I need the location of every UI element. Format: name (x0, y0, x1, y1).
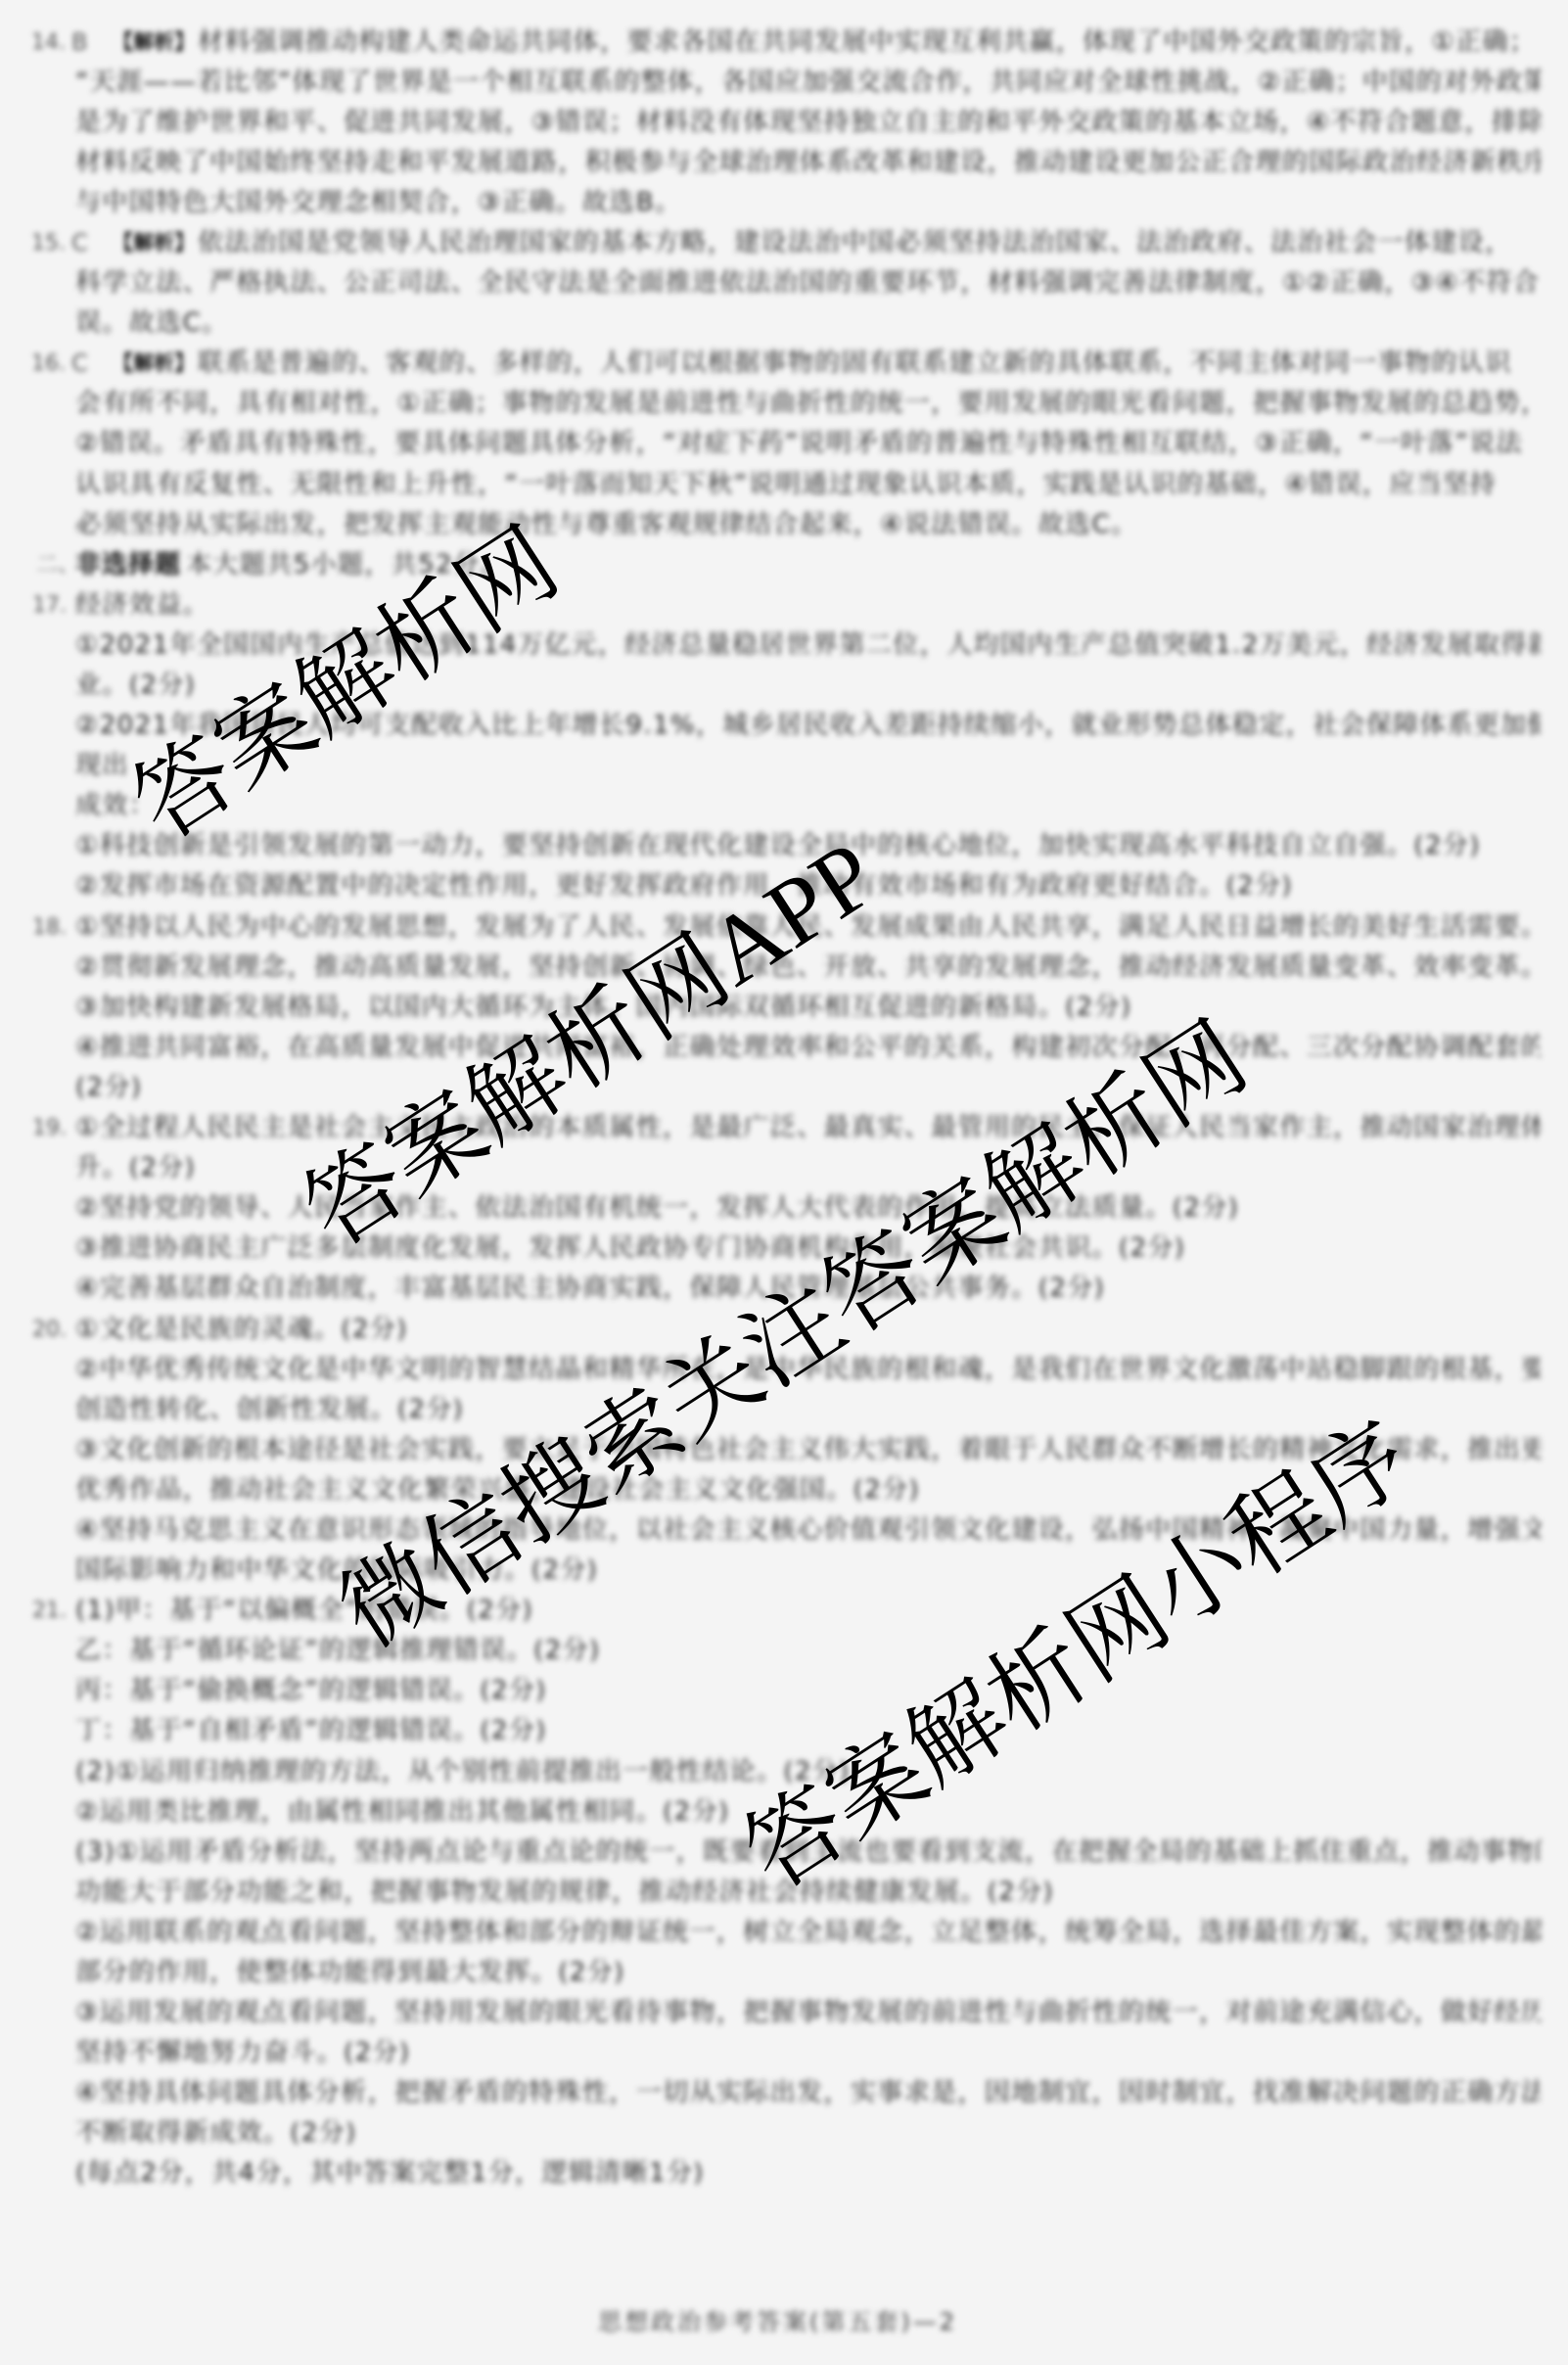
answer-line-q17: 17.经济效益。 (0, 585, 1568, 626)
answer-line-q20: 20.①文化是民族的灵魂。(2分) (0, 1310, 1568, 1350)
line-text: (每点2分，共4分，其中答案完整1分，逻辑清晰1分) (75, 2154, 705, 2194)
answer-line: (每点2分，共4分，其中答案完整1分，逻辑清晰1分) (0, 2154, 1568, 2194)
answer-line: 误。故选C。 (0, 303, 1568, 344)
line-text: (1)甲：基于“以偏概全”的错误。(2分) (75, 1591, 533, 1631)
line-text: ③推进协商民主广泛多层制度化发展，发挥人民政协专门协商机构作用，凝聚社会共识。(… (75, 1229, 1185, 1269)
line-text: 业。(2分) (75, 666, 196, 706)
answer-line: 科学立法、严格执法、公正司法、全民守法是全面推进依法治国的重要环节，材料强调完善… (0, 263, 1568, 303)
line-text: ②错误。矛盾具有特殊性，要具体问题具体分析，“对症下药”说明矛盾的普遍性与特殊性… (75, 424, 1541, 464)
answer-line: 是为了维护世界和平、促进共同发展，③错误；材料没有体现坚持独立自主的和平外交政策… (0, 103, 1568, 143)
line-text: ④坚持马克思主义在意识形态领域的指导地位，以社会主义核心价值观引领文化建设，弘扬… (75, 1510, 1541, 1551)
line-text: 优秀作品，推动社会主义文化繁荣兴盛，建设社会主义文化强国。(2分) (75, 1470, 920, 1510)
analysis-tag: 【解析】 (113, 223, 195, 263)
line-text: 会有所不同，具有相对性，①正确；事物的发展是前进性与曲折性的统一，要用发展的眼光… (75, 384, 1541, 424)
question-number: 14. (31, 23, 66, 63)
answer-lines: 14.B【解析】材料强调推动构建人类命运共同体，要求各国在共同发展中实现互利共赢… (0, 23, 1568, 2195)
line-text: ④完善基层群众自治制度，丰富基层民主协商实践，保障人民管理基层公共事务。(2分) (75, 1269, 1105, 1309)
question-number: 16. (31, 344, 66, 384)
answer-line: 丙：基于“偷换概念”的逻辑错误。(2分) (0, 1671, 1568, 1711)
line-text: ②中华优秀传统文化是中华文明的智慧结晶和精华所在，是中华民族的根和魂，是我们在世… (75, 1350, 1541, 1390)
answer-line: 优秀作品，推动社会主义文化繁荣兴盛，建设社会主义文化强国。(2分) (0, 1470, 1568, 1510)
line-text: ①全过程人民民主是社会主义民主政治的本质属性，是最广泛、最真实、最管用的民主，保… (75, 1108, 1541, 1148)
answer-line: 乙：基于“循环论证”的逻辑推理错误。(2分) (0, 1631, 1568, 1671)
line-text: 部分的作用，使整体功能得到最大发挥。(2分) (75, 1953, 625, 1993)
answer-line: 材料反映了中国始终坚持走和平发展道路，积极参与全球治理体系改革和建设，推动建设更… (0, 143, 1568, 183)
answer-line: ④坚持具体问题具体分析，把握矛盾的特殊性，一切从实际出发，实事求是，因地制宜，因… (0, 2073, 1568, 2113)
answer-line: ④坚持马克思主义在意识形态领域的指导地位，以社会主义核心价值观引领文化建设，弘扬… (0, 1510, 1568, 1551)
line-text: 丁：基于“自相矛盾”的逻辑错误。(2分) (75, 1711, 547, 1751)
answer-line: 业。(2分) (0, 666, 1568, 706)
line-text: 必须坚持从实际出发，把发挥主观能动性与尊重客观规律结合起来，④说法错误。故选C。 (75, 505, 1137, 545)
analysis-tag: 【解析】 (113, 344, 195, 384)
line-text: 与中国特色大国外交理念相契合，③正确。故选B。 (75, 183, 681, 223)
section-heading: 二、非选择题本大题共5小题，共52分。 (0, 545, 1568, 585)
answer-line: ②运用联系的观点看问题，坚持整体和部分的辩证统一，树立全局观念，立足整体，统筹全… (0, 1913, 1568, 1953)
question-number: 17. (32, 585, 67, 626)
answer-line: “天涯——若比邻”体现了世界是一个相互联系的整体，各国应加强交流合作，共同应对全… (0, 63, 1568, 103)
answer-line: ②发挥市场在资源配置中的决定性作用，更好发挥政府作用，推动有效市场和有为政府更好… (0, 866, 1568, 906)
section-title: 非选择题 (75, 545, 181, 585)
page-footer: 思想政治参考答案(第五套)—2 (598, 2305, 957, 2339)
answer-line: 丁：基于“自相矛盾”的逻辑错误。(2分) (0, 1711, 1568, 1751)
line-text: ②运用联系的观点看问题，坚持整体和部分的辩证统一，树立全局观念，立足整体，统筹全… (75, 1913, 1541, 1953)
answer-line-q19: 19.①全过程人民民主是社会主义民主政治的本质属性，是最广泛、最真实、最管用的民… (0, 1108, 1568, 1148)
line-text: ①科技创新是引领发展的第一动力，要坚持创新在现代化建设全局中的核心地位，加快实现… (75, 826, 1481, 866)
answer-line-q14: 14.B【解析】材料强调推动构建人类命运共同体，要求各国在共同发展中实现互利共赢… (0, 23, 1568, 63)
answer-choice: C (71, 344, 89, 384)
line-text: (3)①运用矛盾分析法，坚持两点论与重点论的统一，既要看到主流也要看到支流，在把… (75, 1832, 1541, 1873)
question-number: 21. (32, 1591, 67, 1631)
line-text: 坚持不懈地努力奋斗。(2分) (75, 2033, 410, 2073)
answer-line: ②坚持党的领导、人民当家作主、依法治国有机统一，发挥人大代表的作用，提高立法质量… (0, 1188, 1568, 1229)
line-text: ②发挥市场在资源配置中的决定性作用，更好发挥政府作用，推动有效市场和有为政府更好… (75, 866, 1293, 906)
line-text: (2分) (75, 1068, 142, 1108)
answer-line: 认识具有反复性、无限性和上升性，“一叶落而知天下秋”说明通过现象认识本质，实践是… (0, 465, 1568, 505)
answer-line-q18: 18.①坚持以人民为中心的发展思想，发展为了人民、发展依靠人民、发展成果由人民共… (0, 907, 1568, 948)
line-text: ②2021年我国居民人均可支配收入比上年增长9.1%，城乡居民收入差距持续缩小，… (75, 706, 1541, 746)
line-text: 丙：基于“偷换概念”的逻辑错误。(2分) (75, 1671, 547, 1711)
answer-line: ②中华优秀传统文化是中华文明的智慧结晶和精华所在，是中华民族的根和魂，是我们在世… (0, 1350, 1568, 1390)
answer-line: 不断取得新成效。(2分) (0, 2113, 1568, 2154)
answer-line: ①科技创新是引领发展的第一动力，要坚持创新在现代化建设全局中的核心地位，加快实现… (0, 826, 1568, 866)
line-text: 升。(2分) (75, 1148, 196, 1188)
answer-line: ③运用发展的观点看问题，坚持用发展的眼光看待事物，把握事物发展的前进性与曲折性的… (0, 1993, 1568, 2033)
section-number: 二、 (36, 545, 79, 585)
line-text: 功能大于部分功能之和，把握事物发展的规律，推动经济社会持续健康发展。(2分) (75, 1873, 1054, 1913)
question-number: 15. (31, 223, 66, 263)
line-text: 不断取得新成效。(2分) (75, 2113, 357, 2154)
line-text: 科学立法、严格执法、公正司法、全民守法是全面推进依法治国的重要环节，材料强调完善… (75, 263, 1541, 303)
answer-choice: B (71, 23, 89, 63)
line-text: 依法治国是党领导人民治理国家的基本方略，建设法治中国必须坚持法治国家、法治政府、… (198, 223, 1541, 263)
question-number: 19. (32, 1108, 67, 1148)
analysis-tag: 【解析】 (113, 23, 195, 63)
answer-line-q16: 16.C【解析】联系是普遍的、客观的、多样的，人们可以根据事物的固有联系建立新的… (0, 344, 1568, 384)
question-number: 18. (32, 907, 67, 948)
answer-line: ②运用类比推理，由属性相同推出其他属性相同。(2分) (0, 1792, 1568, 1832)
line-text: ③文化创新的根本途径是社会实践，要立足于中国特色社会主义伟大实践，着眼于人民群众… (75, 1430, 1541, 1470)
line-text: 经济效益。 (75, 585, 209, 626)
answer-line: ④完善基层群众自治制度，丰富基层民主协商实践，保障人民管理基层公共事务。(2分) (0, 1269, 1568, 1309)
answer-line: 国际影响力和中华文化的国际吸引力。(2分) (0, 1551, 1568, 1591)
line-text: 现出 (75, 746, 129, 786)
line-text: ③加快构建新发展格局，以国内大循环为主体、国内国际双循环相互促进的新格局。(2分… (75, 988, 1132, 1028)
answer-choice: C (71, 223, 89, 263)
line-text: ④坚持具体问题具体分析，把握矛盾的特殊性，一切从实际出发，实事求是，因地制宜，因… (75, 2073, 1541, 2113)
answer-line: 功能大于部分功能之和，把握事物发展的规律，推动经济社会持续健康发展。(2分) (0, 1873, 1568, 1913)
answer-line: ②错误。矛盾具有特殊性，要具体问题具体分析，“对症下药”说明矛盾的普遍性与特殊性… (0, 424, 1568, 464)
answer-line: ②2021年我国居民人均可支配收入比上年增长9.1%，城乡居民收入差距持续缩小，… (0, 706, 1568, 746)
line-text: ①文化是民族的灵魂。(2分) (75, 1310, 408, 1350)
line-text: 国际影响力和中华文化的国际吸引力。(2分) (75, 1551, 598, 1591)
answer-line: 升。(2分) (0, 1148, 1568, 1188)
answer-line: ③加快构建新发展格局，以国内大循环为主体、国内国际双循环相互促进的新格局。(2分… (0, 988, 1568, 1028)
line-text: “天涯——若比邻”体现了世界是一个相互联系的整体，各国应加强交流合作，共同应对全… (75, 63, 1541, 103)
line-text: 是为了维护世界和平、促进共同发展，③错误；材料没有体现坚持独立自主的和平外交政策… (75, 103, 1541, 143)
answer-line: ③文化创新的根本途径是社会实践，要立足于中国特色社会主义伟大实践，着眼于人民群众… (0, 1430, 1568, 1470)
question-number: 20. (32, 1310, 67, 1350)
line-text: 材料反映了中国始终坚持走和平发展道路，积极参与全球治理体系改革和建设，推动建设更… (75, 143, 1541, 183)
line-text: ①坚持以人民为中心的发展思想，发展为了人民、发展依靠人民、发展成果由人民共享，满… (75, 907, 1541, 948)
answer-line: 与中国特色大国外交理念相契合，③正确。故选B。 (0, 183, 1568, 223)
answer-line: 创造性转化、创新性发展。(2分) (0, 1390, 1568, 1430)
answer-line: 部分的作用，使整体功能得到最大发挥。(2分) (0, 1953, 1568, 1993)
answer-line-q21: 21.(1)甲：基于“以偏概全”的错误。(2分) (0, 1591, 1568, 1631)
line-text: ②贯彻新发展理念，推动高质量发展，坚持创新、协调、绿色、开放、共享的发展理念，推… (75, 948, 1541, 988)
answer-line: ④推进共同富裕，在高质量发展中促进共同富裕，正确处理效率和公平的关系，构建初次分… (0, 1028, 1568, 1068)
answer-line: ③推进协商民主广泛多层制度化发展，发挥人民政协专门协商机构作用，凝聚社会共识。(… (0, 1229, 1568, 1269)
line-text: ②运用类比推理，由属性相同推出其他属性相同。(2分) (75, 1792, 730, 1832)
answer-line: (3)①运用矛盾分析法，坚持两点论与重点论的统一，既要看到主流也要看到支流，在把… (0, 1832, 1568, 1873)
answer-line: ②贯彻新发展理念，推动高质量发展，坚持创新、协调、绿色、开放、共享的发展理念，推… (0, 948, 1568, 988)
line-text: (2)①运用归纳推理的方法，从个别性前提推出一般性结论。(2分) (75, 1752, 851, 1792)
line-text: ①2021年全国国内生产总值达到114万亿元，经济总量稳居世界第二位，人均国内生… (75, 626, 1541, 666)
line-text: ④推进共同富裕，在高质量发展中促进共同富裕，正确处理效率和公平的关系，构建初次分… (75, 1028, 1541, 1068)
line-text: 误。故选C。 (75, 303, 229, 344)
answer-line: 成效： (0, 786, 1568, 826)
answer-line: ①2021年全国国内生产总值达到114万亿元，经济总量稳居世界第二位，人均国内生… (0, 626, 1568, 666)
answer-line-q15: 15.C【解析】依法治国是党领导人民治理国家的基本方略，建设法治中国必须坚持法治… (0, 223, 1568, 263)
line-text: 乙：基于“循环论证”的逻辑推理错误。(2分) (75, 1631, 601, 1671)
line-text: ②坚持党的领导、人民当家作主、依法治国有机统一，发挥人大代表的作用，提高立法质量… (75, 1188, 1239, 1229)
answer-line: 坚持不懈地努力奋斗。(2分) (0, 2033, 1568, 2073)
line-text: ③运用发展的观点看问题，坚持用发展的眼光看待事物，把握事物发展的前进性与曲折性的… (75, 1993, 1541, 2033)
section-note: 本大题共5小题，共52分。 (186, 545, 507, 585)
answer-line: 必须坚持从实际出发，把发挥主观能动性与尊重客观规律结合起来，④说法错误。故选C。 (0, 505, 1568, 545)
line-text: 创造性转化、创新性发展。(2分) (75, 1390, 464, 1430)
answer-line: (2分) (0, 1068, 1568, 1108)
line-text: 联系是普遍的、客观的、多样的，人们可以根据事物的固有联系建立新的具体联系，不同主… (198, 344, 1541, 384)
document-text-blurred: 14.B【解析】材料强调推动构建人类命运共同体，要求各国在共同发展中实现互利共赢… (0, 0, 1568, 2365)
answer-line: 会有所不同，具有相对性，①正确；事物的发展是前进性与曲折性的统一，要用发展的眼光… (0, 384, 1568, 424)
line-text: 成效： (75, 786, 156, 826)
answer-line: (2)①运用归纳推理的方法，从个别性前提推出一般性结论。(2分) (0, 1752, 1568, 1792)
document-page: 14.B【解析】材料强调推动构建人类命运共同体，要求各国在共同发展中实现互利共赢… (0, 0, 1568, 2365)
answer-line: 现出 (0, 746, 1568, 786)
line-text: 材料强调推动构建人类命运共同体，要求各国在共同发展中实现互利共赢，体现了中国外交… (198, 23, 1541, 63)
line-text: 认识具有反复性、无限性和上升性，“一叶落而知天下秋”说明通过现象认识本质，实践是… (75, 465, 1541, 505)
